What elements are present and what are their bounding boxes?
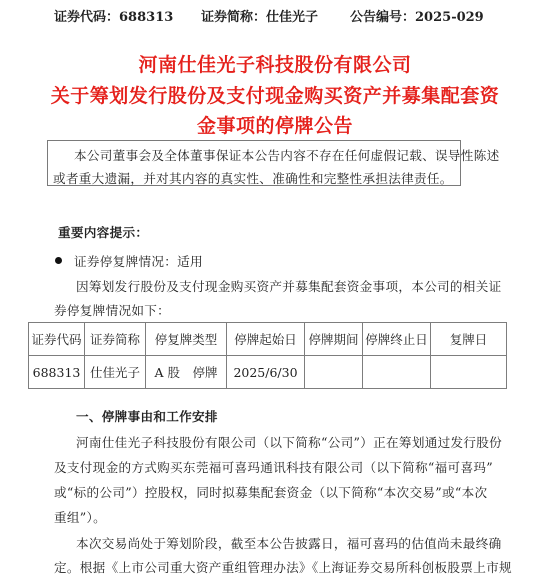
table-header-cell: 停牌期间	[305, 323, 363, 356]
section-1-p1-line-1: 河南仕佳光子科技股份有限公司（以下简称“公司”）正在筹划通过发行股份	[76, 432, 502, 451]
table-header-cell: 复牌日	[431, 323, 507, 356]
table-cell-period	[305, 356, 363, 389]
section-1-p1-line-2: 及支付现金的方式购买东莞福可喜玛通讯科技有限公司（以下简称“福可喜玛”	[54, 457, 493, 476]
table-header-cell: 停牌起始日	[227, 323, 305, 356]
table-cell-abbr: 仕佳光子	[85, 356, 146, 389]
disclaimer-line-1: 本公司董事会及全体董事保证本公告内容不存在任何虚假记载、误导性陈述	[74, 145, 500, 164]
intro-paragraph-line-1: 因筹划发行股份及支付现金购买资产并募集配套资金事项，本公司的相关证	[76, 276, 502, 295]
security-code: 证券代码：688313	[54, 6, 173, 25]
important-heading: 重要内容提示：	[58, 222, 148, 241]
security-code-value: 688313	[119, 10, 173, 25]
security-abbr-label: 证券简称：	[201, 10, 266, 25]
section-1-heading: 一、停牌事由和工作安排	[76, 406, 218, 425]
table-row: 688313 仕佳光子 A 股 停牌 2025/6/30	[29, 356, 507, 389]
notice-number-value: 2025-029	[415, 10, 484, 25]
bullet-icon	[55, 257, 62, 264]
title-line-2: 关于筹划发行股份及支付现金购买资产并募集配套资	[0, 81, 550, 108]
suspension-table: 证券代码 证券简称 停复牌类型 停牌起始日 停牌期间 停牌终止日 复牌日 688…	[28, 322, 507, 389]
bullet-item-suspension-status: 证券停复牌情况：适用	[74, 251, 203, 270]
table-header-cell: 停牌终止日	[363, 323, 431, 356]
table-header-cell: 停复牌类型	[146, 323, 227, 356]
notice-number-label: 公告编号：	[350, 10, 415, 25]
table-cell-start-date: 2025/6/30	[227, 356, 305, 389]
intro-paragraph-line-2: 券停复牌情况如下：	[54, 300, 170, 319]
security-abbr: 证券简称：仕佳光子	[201, 6, 318, 25]
security-code-label: 证券代码：	[54, 10, 119, 25]
table-cell-resume-date	[431, 356, 507, 389]
security-abbr-value: 仕佳光子	[266, 10, 318, 25]
table-cell-end-date	[363, 356, 431, 389]
section-1-p2-line-2: 定。根据《上市公司重大资产重组管理办法》《上海证券交易所科创板股票上市规	[54, 557, 512, 574]
notice-number: 公告编号：2025-029	[350, 6, 484, 25]
title-line-3: 金事项的停牌公告	[0, 111, 550, 138]
title-line-1: 河南仕佳光子科技股份有限公司	[0, 50, 550, 77]
table-header-cell: 证券代码	[29, 323, 85, 356]
table-header-row: 证券代码 证券简称 停复牌类型 停牌起始日 停牌期间 停牌终止日 复牌日	[29, 323, 507, 356]
disclaimer-line-2: 或者重大遗漏，并对其内容的真实性、准确性和完整性承担法律责任。	[53, 168, 453, 187]
section-1-p1-line-4: 重组”）。	[54, 507, 106, 526]
section-1-p2-line-1: 本次交易尚处于筹划阶段，截至本公告披露日，福可喜玛的估值尚未最终确	[76, 533, 502, 552]
table-cell-type: A 股 停牌	[146, 356, 227, 389]
table-header-cell: 证券简称	[85, 323, 146, 356]
section-1-p1-line-3: 或“标的公司”）控股权，同时拟募集配套资金（以下简称“本次交易”或“本次	[54, 482, 487, 501]
table-cell-code: 688313	[29, 356, 85, 389]
